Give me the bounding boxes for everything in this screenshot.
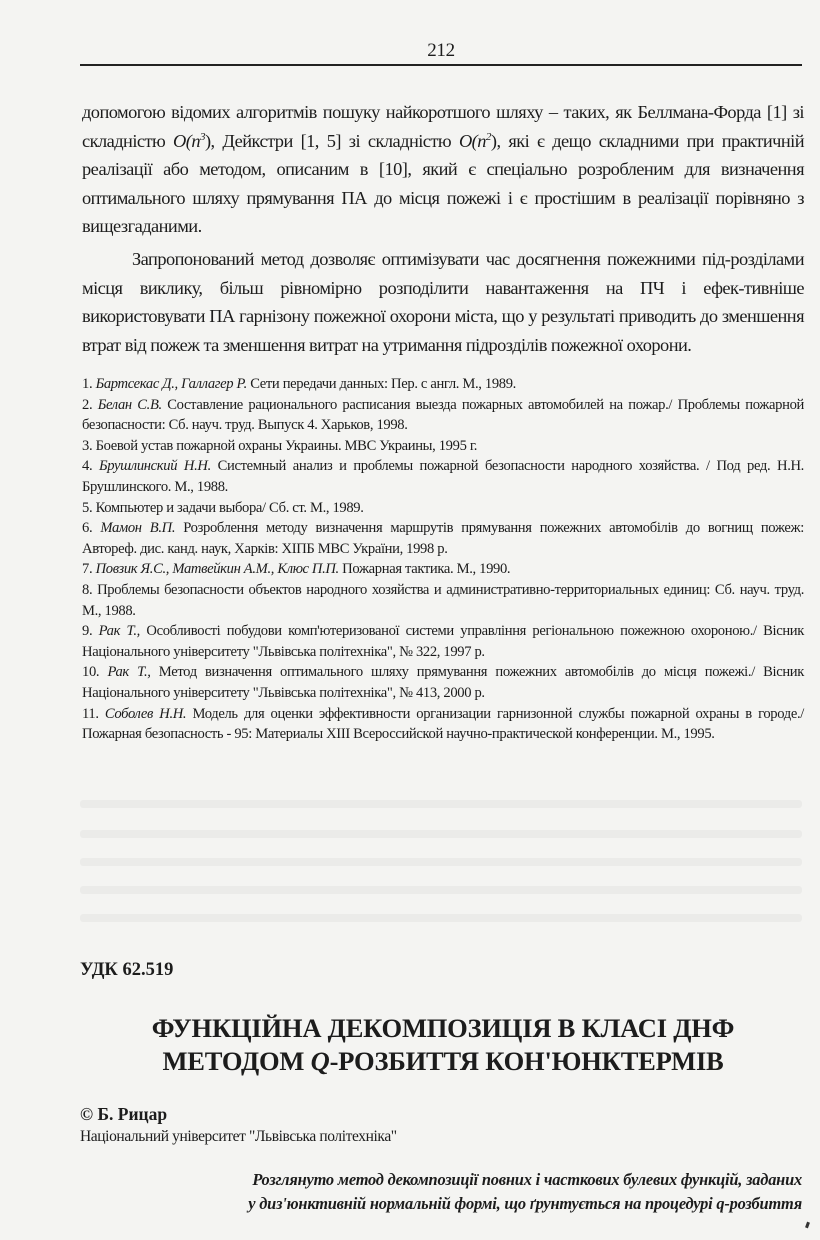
abstract-line-1: Розглянуто метод декомпозиції повних і ч… bbox=[82, 1168, 802, 1192]
reference-author: Повзик Я.С., Матвейкин А.М., Клюс П.П. bbox=[96, 561, 339, 577]
formula-base: O(n bbox=[459, 131, 486, 151]
reference-item: 9. Рак Т., Особливості побудови комп'юте… bbox=[82, 621, 804, 662]
abstract-line-2: у диз'юнктивній нормальній формі, що ґру… bbox=[82, 1192, 802, 1216]
title-text: -РОЗБИТТЯ КОН'ЮНКТЕРМІВ bbox=[330, 1046, 724, 1076]
document-page: 212 допомогою відомих алгоритмів пошуку … bbox=[0, 0, 820, 1240]
reference-item: 7. Повзик Я.С., Матвейкин А.М., Клюс П.П… bbox=[82, 559, 804, 580]
reference-text: Сети передачи данных: Пер. с англ. М., 1… bbox=[250, 376, 516, 392]
title-italic-q: Q bbox=[311, 1046, 330, 1076]
reference-author: Соболев Н.Н. bbox=[105, 706, 186, 722]
title-line-1: ФУНКЦІЙНА ДЕКОМПОЗИЦІЯ В КЛАСІ ДНФ bbox=[82, 1012, 804, 1045]
reference-text: Составление рационального расписания вые… bbox=[82, 397, 804, 434]
abstract: Розглянуто метод декомпозиції повних і ч… bbox=[82, 1168, 802, 1216]
paragraph-2: Запропонований метод дозволяє оптимізува… bbox=[82, 245, 804, 359]
references-list: 1. Бартсекас Д., Галлагер Р. Сети переда… bbox=[82, 374, 804, 745]
reference-item: 6. Мамон В.П. Розроблення методу визначе… bbox=[82, 518, 804, 559]
article-author: © Б. Рицар bbox=[80, 1104, 167, 1125]
author-affiliation: Національний університет "Львівська полі… bbox=[80, 1128, 397, 1146]
body-text: допомогою відомих алгоритмів пошуку найк… bbox=[82, 98, 804, 359]
reference-item: 8. Проблемы безопасности объектов народн… bbox=[82, 580, 804, 621]
bleed-through bbox=[80, 830, 802, 838]
title-line-2: МЕТОДОМ Q-РОЗБИТТЯ КОН'ЮНКТЕРМІВ bbox=[82, 1045, 804, 1078]
title-text: МЕТОДОМ bbox=[162, 1046, 310, 1076]
bleed-through bbox=[80, 800, 802, 808]
reference-author: Бартсекас Д., Галлагер Р. bbox=[96, 376, 247, 392]
reference-number: 7. bbox=[82, 561, 92, 577]
paragraph-1: допомогою відомих алгоритмів пошуку найк… bbox=[82, 98, 804, 241]
reference-author: Рак Т., bbox=[107, 664, 150, 680]
bleed-through bbox=[80, 886, 802, 894]
reference-item: 2. Белан С.В. Составление рационального … bbox=[82, 395, 804, 436]
udk-code: УДК 62.519 bbox=[80, 960, 173, 981]
reference-author: Белан С.В. bbox=[98, 397, 162, 413]
text-segment: , Дейкстри [1, 5] зі складністю bbox=[211, 131, 459, 151]
bleed-through bbox=[80, 914, 802, 922]
reference-item: 3. Боевой устав пожарной охраны Украины.… bbox=[82, 436, 804, 457]
reference-number: 9. bbox=[82, 623, 92, 639]
reference-text: Особливості побудови комп'ютеризованої с… bbox=[82, 623, 804, 660]
reference-item: 10. Рак Т., Метод визначення оптимальног… bbox=[82, 662, 804, 703]
reference-number: 4. bbox=[82, 458, 92, 474]
reference-number: 3. bbox=[82, 438, 92, 454]
reference-author: Рак Т., bbox=[99, 623, 140, 639]
reference-text: Модель для оценки эффективности организа… bbox=[82, 706, 804, 743]
reference-text: Проблемы безопасности объектов народного… bbox=[82, 582, 804, 619]
formula-base: O(n bbox=[173, 131, 200, 151]
reference-number: 10. bbox=[82, 664, 99, 680]
scan-speck bbox=[805, 1222, 810, 1229]
page-number: 212 bbox=[80, 40, 802, 62]
reference-item: 4. Брушлинский Н.Н. Системный анализ и п… bbox=[82, 456, 804, 497]
reference-text: Розроблення методу визначення маршрутів … bbox=[82, 520, 804, 557]
bleed-through bbox=[80, 858, 802, 866]
reference-number: 11. bbox=[82, 706, 99, 722]
complexity-formula: O(n3 bbox=[173, 131, 205, 151]
reference-number: 5. bbox=[82, 500, 92, 516]
reference-text: Пожарная тактика. М., 1990. bbox=[342, 561, 510, 577]
reference-number: 2. bbox=[82, 397, 92, 413]
reference-number: 6. bbox=[82, 520, 92, 536]
reference-number: 8. bbox=[82, 582, 92, 598]
reference-item: 11. Соболев Н.Н. Модель для оценки эффек… bbox=[82, 704, 804, 745]
reference-item: 1. Бартсекас Д., Галлагер Р. Сети переда… bbox=[82, 374, 804, 395]
reference-text: Метод визначення оптимального шляху прям… bbox=[82, 664, 804, 701]
reference-author: Мамон В.П. bbox=[100, 520, 175, 536]
reference-author: Брушлинский Н.Н. bbox=[99, 458, 211, 474]
reference-number: 1. bbox=[82, 376, 92, 392]
reference-item: 5. Компьютер и задачи выбора/ Сб. ст. М.… bbox=[82, 498, 804, 519]
complexity-formula: O(n2 bbox=[459, 131, 491, 151]
reference-text: Боевой устав пожарной охраны Украины. МВ… bbox=[96, 438, 478, 454]
article-title: ФУНКЦІЙНА ДЕКОМПОЗИЦІЯ В КЛАСІ ДНФ МЕТОД… bbox=[82, 1012, 804, 1078]
reference-text: Компьютер и задачи выбора/ Сб. ст. М., 1… bbox=[96, 500, 364, 516]
header-rule bbox=[80, 64, 802, 66]
